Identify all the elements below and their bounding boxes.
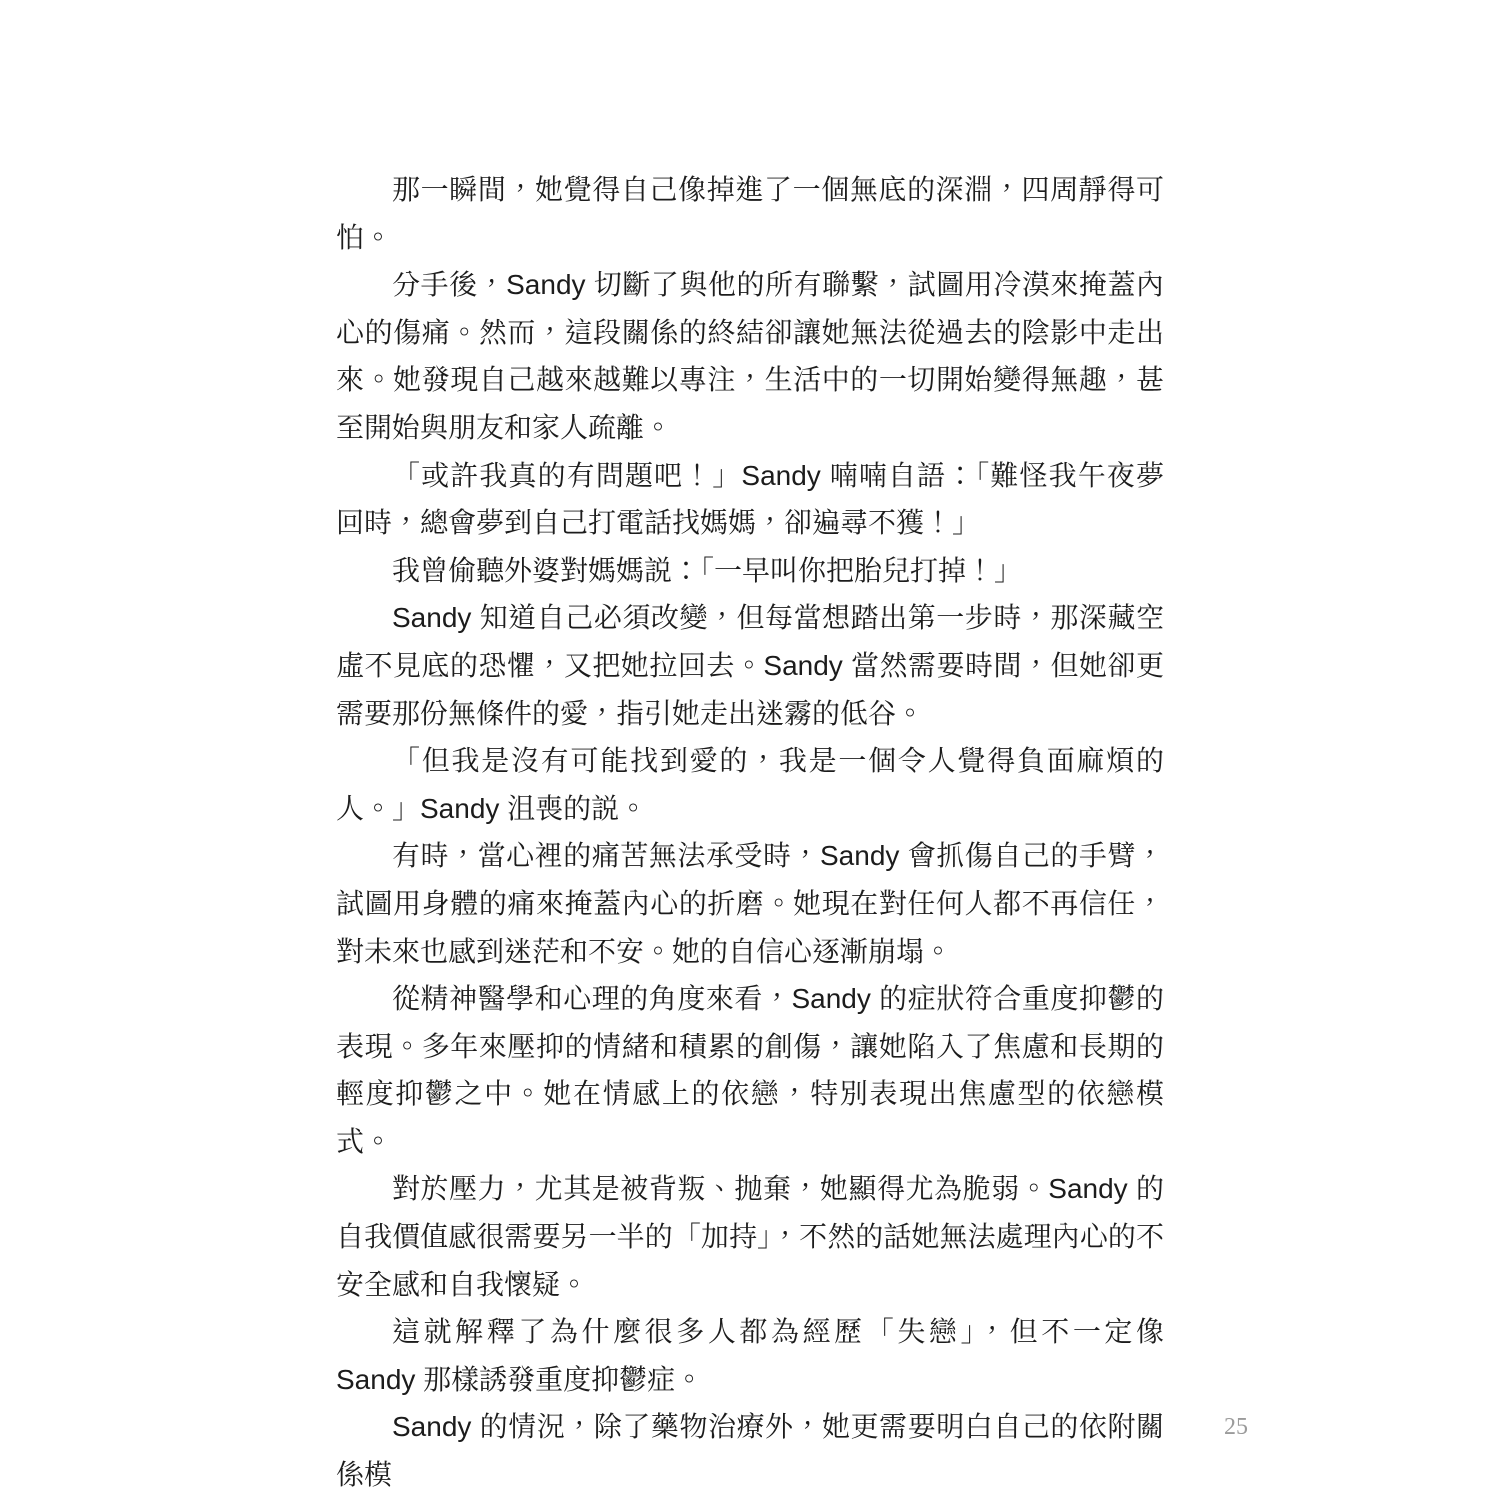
paragraph: 分手後，Sandy 切斷了與他的所有聯繫，試圖用冷漠來掩蓋內心的傷痛。然而，這段… bbox=[336, 261, 1164, 451]
paragraph: 「但我是沒有可能找到愛的，我是一個令人覺得負面麻煩的人。」Sandy 沮喪的説。 bbox=[336, 737, 1164, 832]
paragraph: 對於壓力，尤其是被背叛、抛棄，她顯得尤為脆弱。Sandy 的自我價值感很需要另一… bbox=[336, 1165, 1164, 1308]
paragraph: Sandy 的情況，除了藥物治療外，她更需要明白自己的依附關係模 bbox=[336, 1403, 1164, 1498]
paragraph: 「或許我真的有問題吧！」Sandy 喃喃自語：「難怪我午夜夢回時，總會夢到自己打… bbox=[336, 452, 1164, 547]
paragraph: 從精神醫學和心理的角度來看，Sandy 的症狀符合重度抑鬱的表現。多年來壓抑的情… bbox=[336, 975, 1164, 1165]
paragraph: 這就解釋了為什麼很多人都為經歷「失戀」，但不一定像 Sandy 那樣誘發重度抑鬱… bbox=[336, 1308, 1164, 1403]
paragraph: 有時，當心裡的痛苦無法承受時，Sandy 會抓傷自己的手臂，試圖用身體的痛來掩蓋… bbox=[336, 832, 1164, 975]
paragraph: 那一瞬間，她覺得自己像掉進了一個無底的深淵，四周靜得可怕。 bbox=[336, 166, 1164, 261]
paragraph: Sandy 知道自己必須改變，但每當想踏出第一步時，那深藏空虛不見底的恐懼，又把… bbox=[336, 594, 1164, 737]
page-text: 那一瞬間，她覺得自己像掉進了一個無底的深淵，四周靜得可怕。 分手後，Sandy … bbox=[336, 166, 1164, 1499]
paragraph: 我曾偷聽外婆對媽媽説：「一早叫你把胎兒打掉！」 bbox=[336, 547, 1164, 595]
page-number: 25 bbox=[1206, 1414, 1266, 1441]
book-page: 那一瞬間，她覺得自己像掉進了一個無底的深淵，四周靜得可怕。 分手後，Sandy … bbox=[0, 0, 1500, 1500]
